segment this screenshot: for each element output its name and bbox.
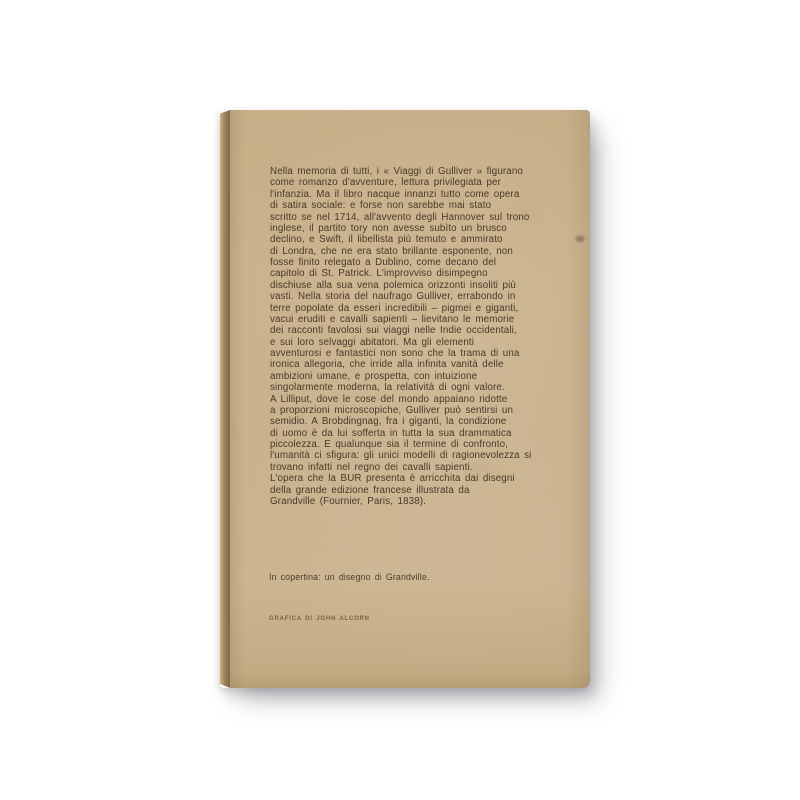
book-back-cover: Nella memoria di tutti, i « Viaggi di Gu… bbox=[230, 110, 590, 688]
photo-background: Nella memoria di tutti, i « Viaggi di Gu… bbox=[0, 0, 800, 800]
cover-illustration-note: In copertina: un disegno di Grandville. bbox=[269, 572, 430, 582]
graphic-design-credit: GRAFICA DI JOHN ALCORN bbox=[269, 616, 370, 622]
back-cover-blurb: Nella memoria di tutti, i « Viaggi di Gu… bbox=[270, 166, 582, 507]
smudge-mark bbox=[576, 236, 584, 242]
book-page-edge bbox=[220, 110, 230, 688]
book: Nella memoria di tutti, i « Viaggi di Gu… bbox=[220, 110, 590, 688]
